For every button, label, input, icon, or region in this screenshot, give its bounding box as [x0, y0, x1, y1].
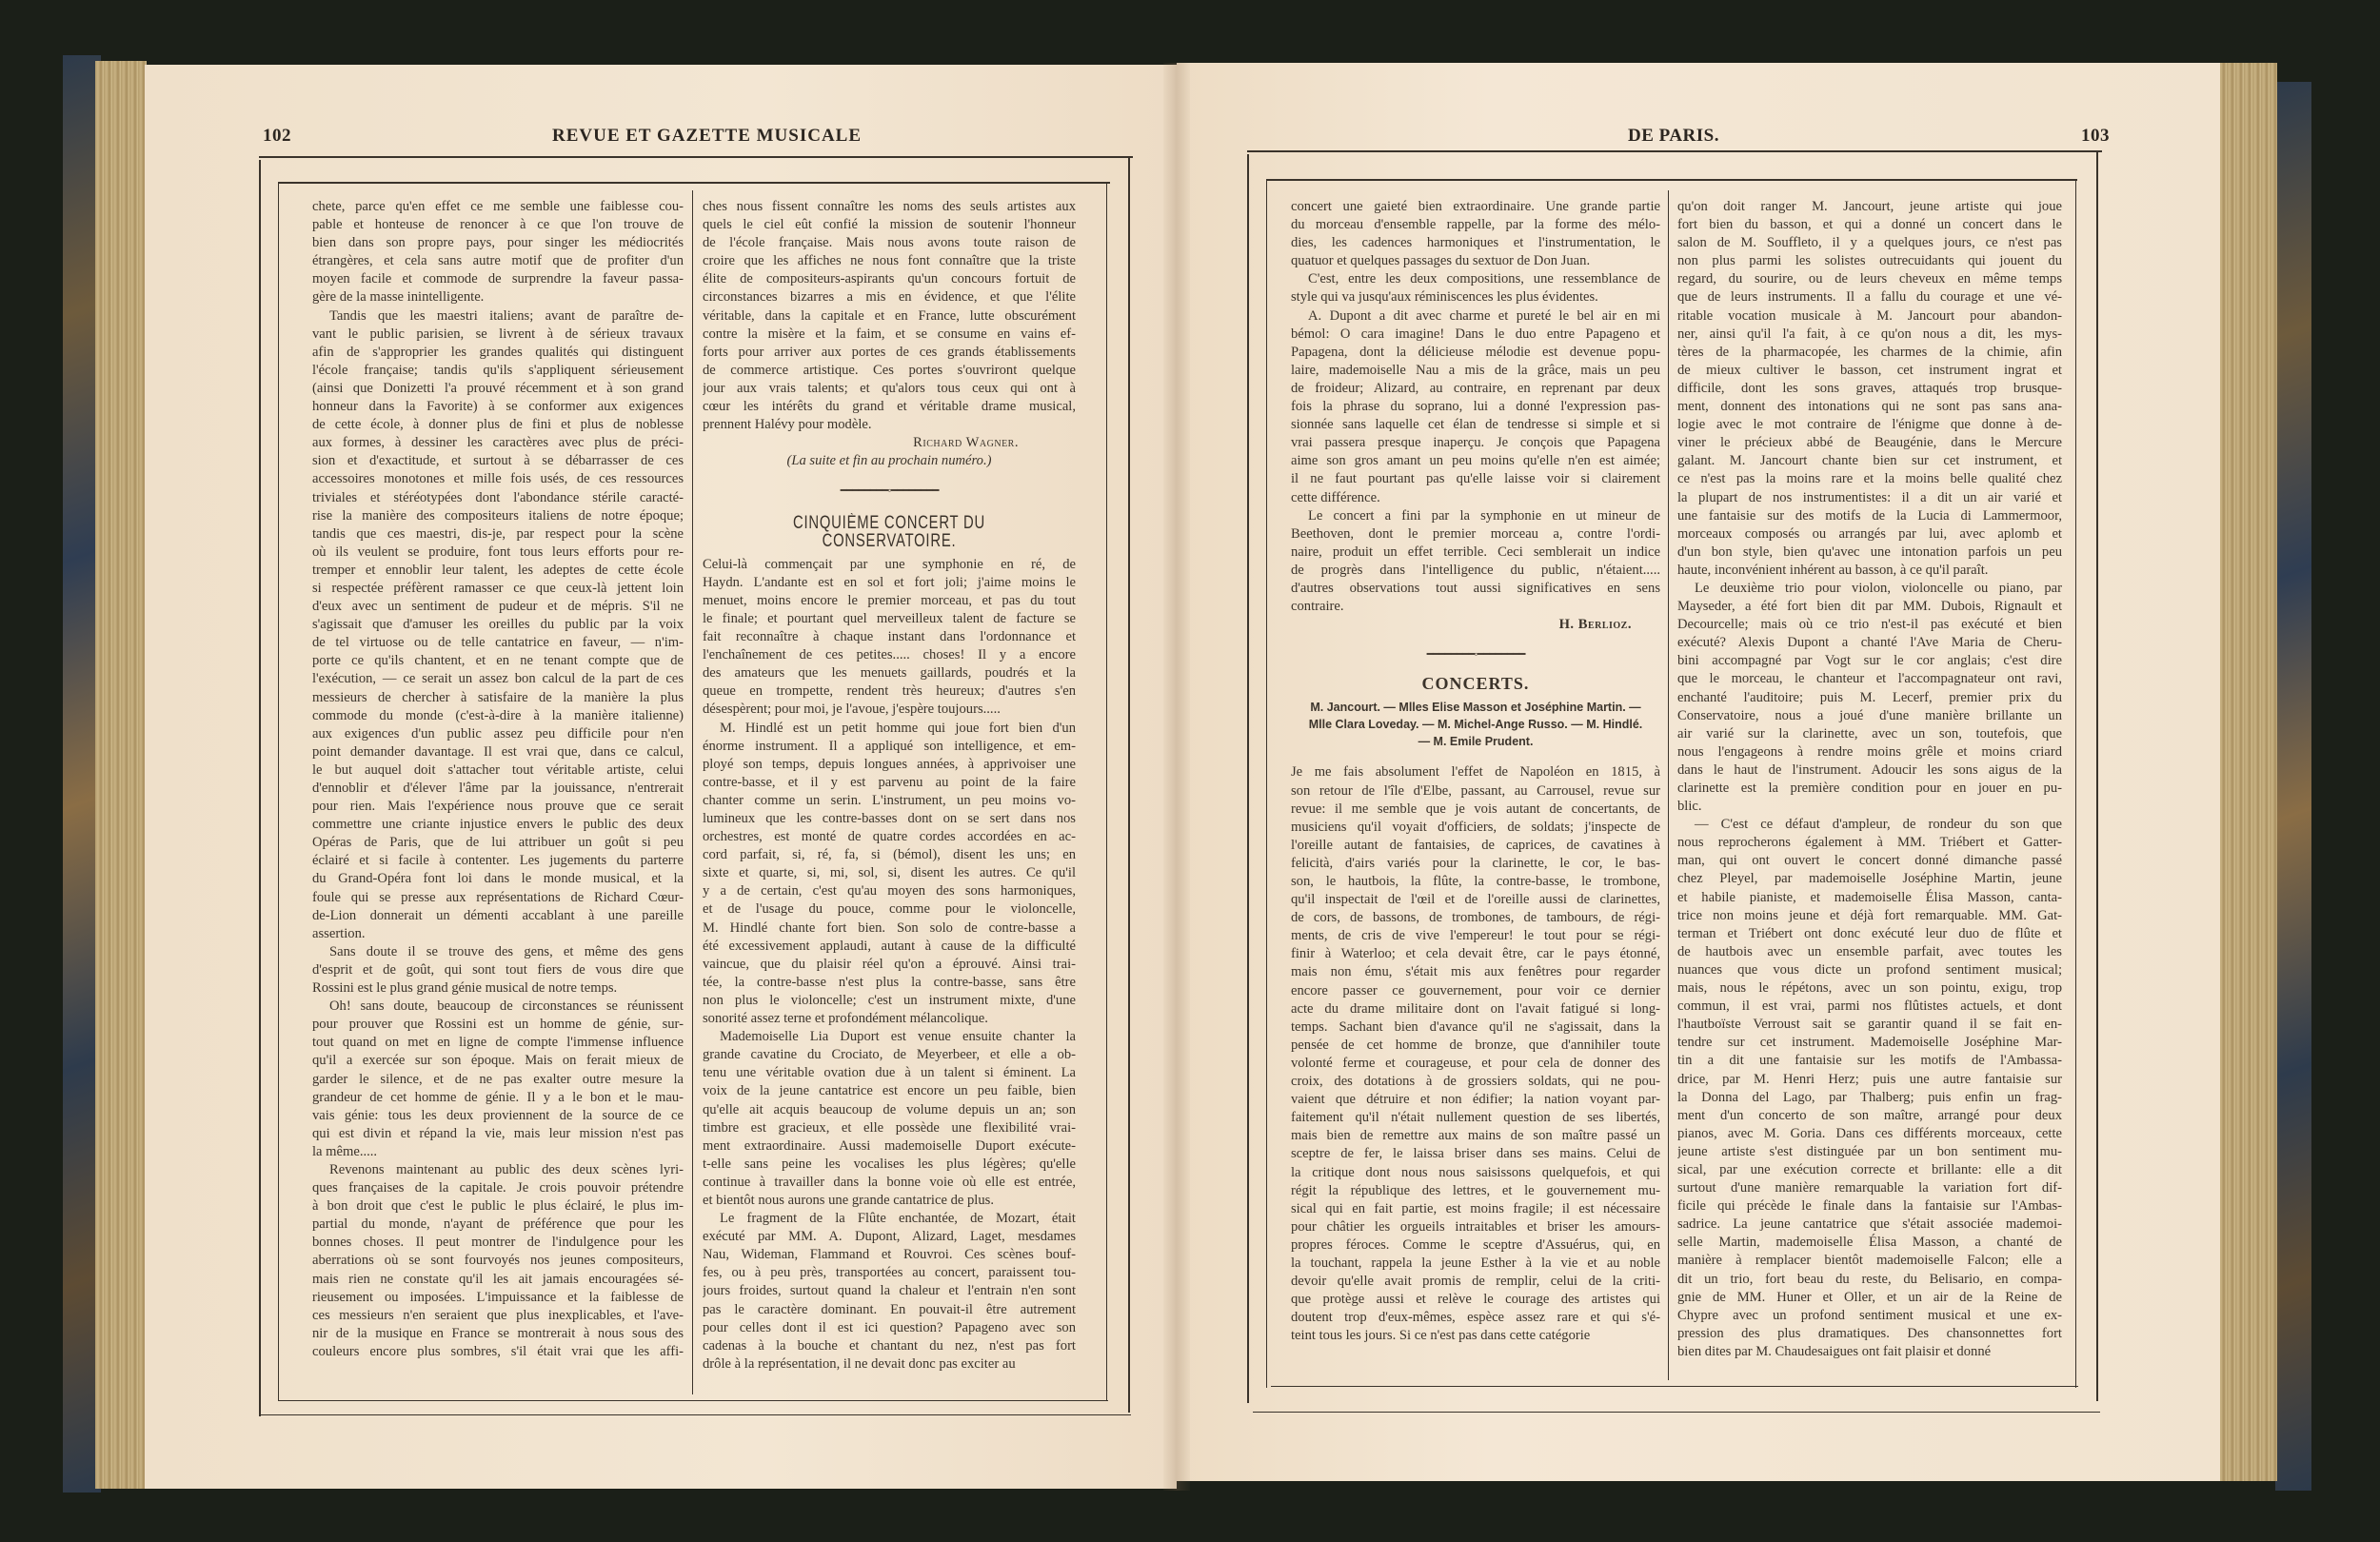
text-line: voix de la jeune cantatrice est encore u… — [703, 1082, 1076, 1100]
text-line: une fantaisie sur des motifs de la Lucia… — [1677, 507, 2062, 525]
text-line: il ne faut pourtant pas qu'elle laisse v… — [1291, 470, 1660, 488]
text-line: M. Hindlé est un petit homme qui joue fo… — [703, 720, 1076, 738]
text-line: Revenons maintenant au public des deux s… — [312, 1161, 684, 1179]
text-line: pour châtier les orgueils intraitables e… — [1291, 1218, 1660, 1236]
text-line: son, le hautbois, la flûte, la contre-ba… — [1291, 873, 1660, 891]
text-line: pable et honteuse de renoncer à ce que l… — [312, 216, 684, 234]
text-line: nous l'engageons à rendre moins grêle et… — [1677, 743, 2062, 761]
text-line: pour rien. Mais l'expérience nous prouve… — [312, 798, 684, 816]
text-line: Le deuxième trio pour violon, violoncell… — [1677, 580, 2062, 598]
text-line: laire, mademoiselle Nau a mis de la grâc… — [1291, 362, 1660, 380]
text-line: moyen facile et commode de surprendre la… — [312, 270, 684, 288]
text-line: revue: il me semble que je vois autant d… — [1291, 801, 1660, 819]
text-line: bonnes choses. Il peut montrer de l'indu… — [312, 1234, 684, 1252]
text-line: pour prouver que Rossini est un homme de… — [312, 1016, 684, 1034]
text-line: de cors, de bassons, de trombones, de ta… — [1291, 909, 1660, 927]
text-line: chez Pleyel, par mademoiselle Joséphine … — [1677, 870, 2062, 888]
ornament-divider: ━━━━━━━━◦━━━━━━━━ — [703, 482, 1076, 500]
text-line: partial du monde, n'ayant de préférence … — [312, 1216, 684, 1234]
book-gutter — [1163, 63, 1190, 1491]
text-line: (ainsi que Donizetti l'a prouvé récemmen… — [312, 380, 684, 398]
text-line: sical qui en fait partie, est moins frag… — [1291, 1200, 1660, 1218]
text-line: chete, parce qu'en effet ce me semble un… — [312, 198, 684, 216]
text-line: lumineux que les contre-basses dont on s… — [703, 810, 1076, 828]
text-line: garder le silence, et de ne pas exalter … — [312, 1071, 684, 1089]
text-line: de l'école française. Mais nous avons to… — [703, 234, 1076, 252]
frame-rule — [1271, 1386, 2078, 1387]
frame-rule — [1247, 154, 1249, 1403]
text-line: la Donna del Lago, par Thalberg; puis en… — [1677, 1089, 2062, 1107]
text-line: son retour de l'île d'Elbe, passant, au … — [1291, 782, 1660, 801]
frame-rule — [278, 184, 279, 1400]
text-line: cadenas à la bouche et chantant du nez, … — [703, 1337, 1076, 1355]
text-line: dans le haut de l'instrument. Adoucir le… — [1677, 761, 2062, 780]
text-line: si respectée préfèrent ramasser ce que c… — [312, 580, 684, 598]
text-line: Beethoven, dont le premier morceau a, co… — [1291, 525, 1660, 544]
text-line: que protège aussi et relève le courage d… — [1291, 1291, 1660, 1309]
column-divider — [1668, 190, 1669, 1380]
text-line: croix, des dotations à de grossiers sold… — [1291, 1073, 1660, 1091]
text-line: ques françaises de la capitale. Je crois… — [312, 1179, 684, 1197]
text-line: du morceau d'ensemble rappelle, par la f… — [1291, 216, 1660, 234]
text-line: de commerce artistique. Ces portes s'ouv… — [703, 362, 1076, 380]
text-line: gère de la masse inintelligente. — [312, 288, 684, 306]
text-line: doutent trop d'eux-mêmes, espèce assez r… — [1291, 1309, 1660, 1327]
text-line: t-elle sans peine les vocalises les plus… — [703, 1156, 1076, 1174]
text-line: aux formes, à dessiner les caractères av… — [312, 434, 684, 452]
text-line: que le morceau, le chanteur et l'accompa… — [1677, 670, 2062, 688]
text-line: — C'est ce défaut d'ampleur, de rondeur … — [1677, 816, 2062, 834]
text-line: vais génie: tous les deux proviennent de… — [312, 1107, 684, 1125]
text-line: forts pour arriver aux portes de ces gra… — [703, 344, 1076, 362]
text-line: vrai passera presque inaperçu. Je conçoi… — [1291, 434, 1660, 452]
text-line: à bon droit que c'est le public le plus … — [312, 1197, 684, 1216]
text-line: tout quand on met en ligne de compte l'i… — [312, 1034, 684, 1052]
frame-rule — [278, 1400, 1108, 1401]
text-line: croire que les affiches ne nous font con… — [703, 252, 1076, 270]
text-line: le finale; et pourtant quel merveilleux … — [703, 610, 1076, 628]
text-line: tremper et ennoblir leur talent, les ade… — [312, 562, 684, 580]
text-line: ritable vocation musicale à M. Jancourt … — [1677, 307, 2062, 326]
text-line: l'hautboïste Verroust sait se garantir q… — [1677, 1016, 2062, 1034]
text-line: terman et Triébert ont donc exécuté leur… — [1677, 925, 2062, 943]
text-line: style qui va jusqu'aux réminiscences les… — [1291, 288, 1660, 306]
frame-rule — [1247, 150, 2102, 152]
frame-rule — [1128, 156, 1130, 1413]
text-line: jeune artiste s'est distinguée par un bo… — [1677, 1143, 2062, 1161]
frame-rule — [2096, 152, 2098, 1401]
text-line: cette différence. — [1291, 489, 1660, 507]
text-line: difficile, dont les sons graves, attaqué… — [1677, 380, 2062, 398]
text-line: la même..... — [312, 1143, 684, 1161]
text-line: Oh! sans doute, beaucoup de circonstance… — [312, 998, 684, 1016]
text-line: ficile qui précède le finale dans la fan… — [1677, 1197, 2062, 1216]
text-line: sixte et quarte, si, mi, sol, si, disent… — [703, 864, 1076, 882]
text-line: Opéras de Paris, que de lui attribuer un… — [312, 834, 684, 852]
text-line: tendre sur cet instrument. Mademoiselle … — [1677, 1034, 2062, 1052]
text-line: sionnée sans laquelle cet élan de tendre… — [1291, 416, 1660, 434]
text-line: commettre une criante injustice envers l… — [312, 816, 684, 834]
text-line: grandeur de cet homme de génie. Il y a l… — [312, 1089, 684, 1107]
text-line: couleurs encore plus sombres, s'il était… — [312, 1343, 684, 1361]
text-line: sical, par une exécution correcte et bri… — [1677, 1161, 2062, 1179]
text-line: qu'on doit ranger M. Jancourt, jeune art… — [1677, 198, 2062, 216]
text-line: nous reprocherons également à MM. Triébe… — [1677, 834, 2062, 852]
text-line: foule qui se presse aux représentations … — [312, 889, 684, 907]
text-line: fort bien du basson, et qui a donné un c… — [1677, 216, 2062, 234]
left-column-2: ches nous fissent connaître les noms des… — [703, 198, 1076, 1374]
text-line: mais, nous le répétons, avec un son poin… — [1677, 979, 2062, 998]
text-line: ment, donnent des intonations qui ne son… — [1677, 398, 2062, 416]
frame-rule — [278, 182, 1110, 184]
text-line: aime son gros amant un peu moins qu'elle… — [1291, 452, 1660, 470]
text-line: la touchant, rappela la jeune Esther à l… — [1291, 1255, 1660, 1273]
wagner-article-end: ches nous fissent connaître les noms des… — [703, 198, 1076, 434]
text-line: qu'il a exercée sur son époque. Mais on … — [312, 1052, 684, 1070]
text-line: bien dans son propre pays, pour singer l… — [312, 234, 684, 252]
text-line: orchestres, est monté de quatre cordes a… — [703, 828, 1076, 846]
text-line: acte du drame militaire dont on l'avait … — [1291, 1000, 1660, 1018]
text-line: porte ce qu'ils chantent, et en ne tenan… — [312, 652, 684, 670]
text-line: contre-basse, et il y est parvenu au poi… — [703, 774, 1076, 792]
text-line: chanter comme un serin. L'instrument, un… — [703, 792, 1076, 810]
text-line: ployé son temps, depuis longues années, … — [703, 756, 1076, 774]
text-line: contraire. — [1291, 598, 1660, 616]
text-line: tenu une véritable ovation due à un tale… — [703, 1064, 1076, 1082]
text-line: nuances que vous dicte un profond sentim… — [1677, 961, 2062, 979]
text-line: gnie de MM. Huner et Oller, et un air de… — [1677, 1289, 2062, 1307]
text-line: blic. — [1677, 798, 2062, 816]
text-line: clarinette est la première condition pou… — [1677, 780, 2062, 798]
text-line: rieusement ou imposées. L'impuissance et… — [312, 1289, 684, 1307]
subheading-line: Mlle Clara Loveday. — M. Michel-Ange Rus… — [1291, 716, 1660, 733]
concerts-subheading: M. Jancourt. — Mlles Elise Masson et Jos… — [1291, 699, 1660, 750]
page-number-right: 103 — [2081, 126, 2110, 147]
text-line: accessoires monotones et mille fois usés… — [312, 470, 684, 488]
text-line: Le fragment de la Flûte enchantée, de Mo… — [703, 1210, 1076, 1228]
book-cover-right-edge — [2275, 82, 2311, 1491]
conservatoire-review: Celui-là commençait par une symphonie en… — [703, 556, 1076, 1374]
text-line: pensée de cet homme de bronze, que d'ann… — [1291, 1037, 1660, 1055]
text-line: que de leurs instruments. Il a fallu du … — [1677, 288, 2062, 306]
text-line: logie avec le mot contraire de l'énigme … — [1677, 416, 2062, 434]
text-line: manière à remplacer bientôt mademoiselle… — [1677, 1252, 2062, 1270]
text-line: le but auquel doit s'attacher tout vérit… — [312, 761, 684, 780]
text-line: jour aux vrais talents; et qu'alors tous… — [703, 380, 1076, 398]
text-line: mais rien ne constate qu'il les ait jama… — [312, 1271, 684, 1289]
frame-rule — [1253, 1412, 2100, 1413]
text-line: pianos, avec M. Goria. Dans ces différen… — [1677, 1125, 2062, 1143]
text-line: enchanté l'auditoire; puis M. Lecerf, pr… — [1677, 689, 2062, 707]
text-line: ner, ainsi qu'il l'a fait, à ce qu'on no… — [1677, 326, 2062, 344]
text-line: l'oreille autant de fantaisies, de capri… — [1291, 837, 1660, 855]
text-line: mais bien de remettre aux mains de son m… — [1291, 1127, 1660, 1145]
text-line: Rossini est le plus grand génie musical … — [312, 979, 684, 998]
text-line: d'eux avec un sentiment de pudeur et de … — [312, 598, 684, 616]
text-line: exécuté par MM. A. Dupont, Alizard, Lage… — [703, 1228, 1076, 1246]
text-line: quels le ciel eût confié la mission de s… — [703, 216, 1076, 234]
frame-rule — [259, 156, 1133, 158]
text-line: la plupart de nos instrumentistes: il a … — [1677, 489, 2062, 507]
text-line: Je me fais absolument l'effet de Napoléo… — [1291, 763, 1660, 781]
text-line: messieurs de chercher à satisfaire de la… — [312, 689, 684, 707]
text-line: vaient que détruire et non édifier; la n… — [1291, 1091, 1660, 1109]
text-line: pas le caractère dominant. En pouvait-il… — [703, 1301, 1076, 1319]
text-line: teint tous les jours. Si ce n'est pas da… — [1291, 1327, 1660, 1345]
text-line: felicità, d'airs variés pour la clarinet… — [1291, 855, 1660, 873]
text-line: aberrations où se sont fourvoyés nos jeu… — [312, 1252, 684, 1270]
text-line: l'exécution, — ce serait un assez bon ca… — [312, 670, 684, 688]
frame-rule — [259, 160, 261, 1416]
text-line: Sans doute il se trouve des gens, et mêm… — [312, 943, 684, 961]
continuation-note: (La suite et fin au prochain numéro.) — [703, 452, 1076, 470]
text-line: viner le précieux abbé de Beaugénie, dan… — [1677, 434, 2062, 452]
text-line: cœur les intérêts du grand et véritable … — [703, 398, 1076, 416]
text-line: sadrice. La jeune cantatrice que s'était… — [1677, 1216, 2062, 1234]
text-line: Haydn. L'andante est en sol et fort joli… — [703, 574, 1076, 592]
text-line: non plus parmi les solistes outrecuidant… — [1677, 252, 2062, 270]
text-line: véritable, dans la capitale et en France… — [703, 307, 1076, 326]
text-line: bini accompagné par Vogt sur le cor angl… — [1677, 652, 2062, 670]
subheading-line: — M. Emile Prudent. — [1291, 733, 1660, 750]
signature-berlioz: H. Berlioz. — [1291, 616, 1660, 634]
text-line: Mayseder, a été fort bien dit par MM. Du… — [1677, 598, 2062, 616]
text-line: triviales et stéréotypées dont l'abondan… — [312, 489, 684, 507]
text-line: haute, inconvénient inhérent au basson, … — [1677, 562, 2062, 580]
text-line: de hautbois avec un ensemble parfait, av… — [1677, 943, 2062, 961]
text-line: y a de certain, c'est qu'au moyen des so… — [703, 882, 1076, 900]
text-line: vant le public parisien, se livrent à de… — [312, 326, 684, 344]
text-line: d'ennoblir et d'élever l'âme par la joui… — [312, 780, 684, 798]
text-line: vaincue, que du plaisir réel qu'on a épr… — [703, 956, 1076, 974]
text-line: tères de la pharmacopée, les charmes de … — [1677, 344, 2062, 362]
text-line: éclairé et si facile à contenter. Les ju… — [312, 852, 684, 870]
text-line: drice, par M. Henri Herz; puis une autre… — [1677, 1071, 2062, 1089]
text-line: pression des plus dramatiques. Des chans… — [1677, 1325, 2062, 1343]
text-line: de progrès dans l'intelligence du public… — [1291, 562, 1660, 580]
text-line: ment d'un concerto de son maître, arrang… — [1677, 1107, 2062, 1125]
text-line: Conservatoire, nous a joué d'une manière… — [1677, 707, 2062, 725]
text-line: Tandis que les maestri italiens; avant d… — [312, 307, 684, 326]
section-heading-concerts: CONCERTS. — [1291, 675, 1660, 693]
text-line: selle Martin, mademoiselle Élisa Masson,… — [1677, 1234, 2062, 1252]
text-line: cord parfait, si, ré, fa, si (bémol), di… — [703, 846, 1076, 864]
text-line: sceptre de fer, le laissa briser dans se… — [1291, 1145, 1660, 1163]
page-block-right — [2218, 63, 2277, 1481]
text-line: dies, les cadences harmoniques et l'inst… — [1291, 234, 1660, 252]
text-line: et de l'usage du pouce, comme pour le vi… — [703, 900, 1076, 919]
signature-wagner: Richard Wagner. — [703, 434, 1076, 452]
text-line: qu'elle ait acquis beaucoup de volume de… — [703, 1101, 1076, 1119]
text-line: encore passer ce gouvernement, pour voir… — [1291, 982, 1660, 1000]
text-line: tée, la contre-basse n'est plus la contr… — [703, 974, 1076, 992]
text-line: de froideur; Alizard, au contraire, en r… — [1291, 380, 1660, 398]
text-line: tandis que ces maestri, dis-je, par resp… — [312, 525, 684, 544]
text-line: air varié sur la clarinette, avec un son… — [1677, 725, 2062, 743]
text-line: galant. M. Jancourt chante bien sur cet … — [1677, 452, 2062, 470]
text-line: volonté ferme et courageuse, et pour cel… — [1291, 1055, 1660, 1073]
text-line: finir à Waterloo; et cela devait être, c… — [1291, 945, 1660, 963]
text-line: temps. Sachant bien d'avance qu'il ne s'… — [1291, 1018, 1660, 1037]
text-line: Decourcelle; mais où ce trio n'est-il pa… — [1677, 616, 2062, 634]
text-line: été excessivement applaudi, autant à cau… — [703, 938, 1076, 956]
ornament-divider: ━━━━━━━━◦━━━━━━━━ — [1291, 645, 1660, 663]
text-line: où ils veulent se produire, font tous le… — [312, 544, 684, 562]
text-line: C'est, entre les deux compositions, une … — [1291, 270, 1660, 288]
frame-rule — [259, 1414, 1131, 1415]
text-line: ments, de cris de vive l'empereur! le to… — [1291, 927, 1660, 945]
text-line: fois la phrase du soprano, lui a donné l… — [1291, 398, 1660, 416]
text-line: la critique dont nous nous saisissons qu… — [1291, 1164, 1660, 1182]
text-line: devoir qu'elle avait promis de remplir, … — [1291, 1273, 1660, 1291]
left-column-1: chete, parce qu'en effet ce me semble un… — [312, 198, 684, 1361]
page-number-left: 102 — [263, 126, 291, 147]
text-line: regard, du sourire, ou de leurs cheveux … — [1677, 270, 2062, 288]
text-line: exécuté? Alexis Dupont a chanté l'Ave Ma… — [1677, 634, 2062, 652]
text-line: commun, il est vrai, parmi nos flûtistes… — [1677, 998, 2062, 1016]
text-line: des amateurs que les menuets gaillards, … — [703, 664, 1076, 682]
text-line: mais non ému, s'était mis aux fenêtres p… — [1291, 963, 1660, 981]
text-line: fait reconnaître à chaque instant dans l… — [703, 628, 1076, 646]
right-column-2: qu'on doit ranger M. Jancourt, jeune art… — [1677, 198, 2062, 1361]
text-line: ment extraordinaire. Aussi mademoiselle … — [703, 1137, 1076, 1156]
text-line: afin de s'approprier les grandes qualité… — [312, 344, 684, 362]
text-line: honneur dans la Favorite) à se conformer… — [312, 398, 684, 416]
text-line: commode du monde (c'est-à-dire à la mani… — [312, 707, 684, 725]
text-line: salon de M. Souffleto, il y a quelques j… — [1677, 234, 2062, 252]
text-line: contre la misère et la faim, et se consu… — [703, 326, 1076, 344]
text-line: naire, produit un effet terrible. Ceci s… — [1291, 544, 1660, 562]
text-line: queue en trompette, rendent très heureux… — [703, 682, 1076, 701]
text-line: man, qui ont ouvert le concert donné dim… — [1677, 852, 2062, 870]
text-line: A. Dupont a dit avec charme et pureté le… — [1291, 307, 1660, 326]
text-line: Le concert a fini par la symphonie en ut… — [1291, 507, 1660, 525]
text-line: l'école française; tandis qu'ils s'appli… — [312, 362, 684, 380]
text-line: sonorité assez terne et profondément mél… — [703, 1010, 1076, 1028]
right-column-1: concert une gaieté bien extraordinaire. … — [1291, 198, 1660, 1345]
text-line: trice non moins jeune et déjà fort remar… — [1677, 907, 2062, 925]
text-line: morceaux composés ou arrangés par lui, a… — [1677, 525, 2062, 544]
text-line: bémol: O cara imagine! Dans le duo entre… — [1291, 326, 1660, 344]
frame-rule — [1266, 181, 1267, 1388]
text-line: timbre est gracieux, et elle possède une… — [703, 1119, 1076, 1137]
text-line: régit la république des lettres, et le g… — [1291, 1182, 1660, 1200]
frame-rule — [1266, 179, 2077, 181]
text-line: fes, ou à peu près, transportées au conc… — [703, 1264, 1076, 1282]
text-line: ches nous fissent connaître les noms des… — [703, 198, 1076, 216]
text-line: et habile pianiste, et mademoiselle Élis… — [1677, 889, 2062, 907]
running-head-left: REVUE ET GAZETTE MUSICALE — [552, 126, 862, 147]
subheading-line: M. Jancourt. — Mlles Elise Masson et Jos… — [1291, 699, 1660, 716]
text-line: musiciens qu'il voyait d'officiers, de s… — [1291, 819, 1660, 837]
text-line: M. Hindlé chante fort bien. Son solo de … — [703, 919, 1076, 938]
text-line: tin a dit une fantaisie sur les motifs d… — [1677, 1052, 2062, 1070]
section-heading-conservatoire: CINQUIÈME CONCERT DU CONSERVATOIRE. — [744, 514, 1035, 550]
text-line: continue à travailler dans la bonne voie… — [703, 1174, 1076, 1192]
text-line: d'un bon style, bien qu'avec une intonat… — [1677, 544, 2062, 562]
text-line: ce n'est pas la moins rare et la moins b… — [1677, 470, 2062, 488]
text-line: d'autres observations tout aussi signifi… — [1291, 580, 1660, 598]
text-line: nir de la musique en France se montrerai… — [312, 1325, 684, 1343]
text-line: drôle à la représentation, il ne devait … — [703, 1355, 1076, 1374]
text-line: énorme instrument. Il a appliqué son int… — [703, 738, 1076, 756]
text-line: non plus le violoncelle; c'est un instru… — [703, 992, 1076, 1010]
text-line: désespèrent; pour moi, je l'avoue, j'esp… — [703, 701, 1076, 719]
text-line: de tel virtuose ou de telle cantatrice e… — [312, 634, 684, 652]
text-line: jours froides, surtout quand la chaleur … — [703, 1282, 1076, 1300]
text-line: Celui-là commençait par une symphonie en… — [703, 556, 1076, 574]
text-line: faitement qu'il n'était nullement questi… — [1291, 1109, 1660, 1127]
text-line: élite de compositeurs-aspirants qu'un co… — [703, 270, 1076, 288]
text-line: de cette école, à donner plus de fini et… — [312, 416, 684, 434]
text-line: l'enchaînement de ces petites..... chose… — [703, 646, 1076, 664]
text-line: aux exigences d'un public assez peu diff… — [312, 725, 684, 743]
frame-rule — [2075, 181, 2076, 1388]
text-line: s'agissait que d'amuser les oreilles du … — [312, 616, 684, 634]
text-line: menuet, moins encore le premier morceau,… — [703, 592, 1076, 610]
text-line: quatuor et quelques passages du sextuor … — [1291, 252, 1660, 270]
text-line: d'esprit et de goût, qui sont tout fiers… — [312, 961, 684, 979]
concerts-review: Je me fais absolument l'effet de Napoléo… — [1291, 763, 1660, 1345]
text-line: étrangères, et cela sans autre motif que… — [312, 252, 684, 270]
text-line: qu'il inspectait de l'œil et de l'oreill… — [1291, 891, 1660, 909]
text-line: grande cavatine du Crociato, de Meyerbee… — [703, 1046, 1076, 1064]
text-line: et bientôt nous aurons une grande cantat… — [703, 1192, 1076, 1210]
text-line: Mademoiselle Lia Duport est venue ensuit… — [703, 1028, 1076, 1046]
text-line: surtout d'une manière remarquable la var… — [1677, 1179, 2062, 1197]
text-line: de-Lion donnerait un démenti accablant à… — [312, 907, 684, 925]
text-line: circonstances bizarres a mis en évidence… — [703, 288, 1076, 306]
text-line: prennent Halévy pour modèle. — [703, 416, 1076, 434]
page-block-left — [95, 61, 147, 1489]
text-line: pour celles dont il est ici question? Pa… — [703, 1319, 1076, 1337]
text-line: propres féroces. Comme le sceptre d'Assu… — [1291, 1236, 1660, 1255]
text-line: Nau, Wideman, Flammand et Rouvroi. Ces s… — [703, 1246, 1076, 1264]
text-line: Chypre avec un profond sentiment musical… — [1677, 1307, 2062, 1325]
text-line: bien dites par M. Chaudesaigues ont fait… — [1677, 1343, 2062, 1361]
text-line: dit un trio, fort beau du reste, du Beli… — [1677, 1271, 2062, 1289]
text-line: assertion. — [312, 925, 684, 943]
text-line: qui est divin et répand la vie, mais leu… — [312, 1125, 684, 1143]
text-line: rise la manière des compositeurs italien… — [312, 507, 684, 525]
text-line: sion et d'exactitude, et surtout à se dé… — [312, 452, 684, 470]
text-line: ces messieurs n'en seraient que plus ine… — [312, 1307, 684, 1325]
running-head-right: DE PARIS. — [1628, 126, 1719, 147]
text-line: Papagena, dont la délicieuse mélodie est… — [1291, 344, 1660, 362]
text-line: de mieux cultiver le basson, cet instrum… — [1677, 362, 2062, 380]
text-line: du Grand-Opéra font loi dans le monde mu… — [312, 870, 684, 888]
text-line: point demander davantage. Il est vrai qu… — [312, 743, 684, 761]
conservatoire-review-end: concert une gaieté bien extraordinaire. … — [1291, 198, 1660, 616]
text-line: concert une gaieté bien extraordinaire. … — [1291, 198, 1660, 216]
frame-rule — [1106, 184, 1107, 1400]
column-divider — [692, 190, 693, 1394]
